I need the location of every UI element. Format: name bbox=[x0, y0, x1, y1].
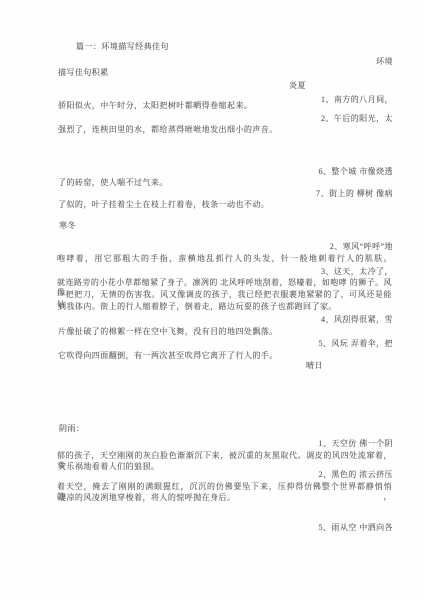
text-line: 6、整个城 市像烧透 bbox=[319, 167, 394, 177]
text-line: 到我体内。街上的行人缩着脖子，倒着走，路边玩耍的孩子也都跑回了家。 bbox=[58, 302, 337, 312]
corner-label: 环境 bbox=[376, 57, 393, 67]
text-line: 灾乐祸地看着人们的狼狈。 bbox=[58, 462, 159, 472]
text-line: 1、南方的八月间， bbox=[321, 95, 393, 105]
text-line: 2、午后的阳光，太 bbox=[321, 114, 393, 124]
section-label-rain: 阴雨： bbox=[59, 424, 84, 434]
text-line: 2、寒风“呼呼”地 bbox=[330, 242, 393, 252]
text-line: 1、天空仿 佛一个阴 bbox=[319, 439, 394, 449]
doc-subtitle: 描写佳句积累 bbox=[58, 68, 109, 78]
text-line: 凄凉的风凌冽地穿梭着，将人的惊呼抛在身后。 bbox=[58, 493, 235, 503]
text-line: 5、雨从空 中洒向各 bbox=[319, 523, 394, 533]
doc-title: 篇一：环境描写经典佳句 bbox=[76, 42, 169, 52]
section-label-sunny: 晴日 bbox=[306, 361, 323, 371]
section-label-summer: 炎夏 bbox=[289, 81, 306, 91]
text-line: 2、黑色的 浓云挤压 bbox=[319, 470, 394, 480]
text-line: 骄阳似火，中午时分，太阳把树叶都晒得卷缩起来。 bbox=[58, 101, 252, 111]
text-line: 它吹得向四面翻倒，有一两次甚至吹得它离开了行人的手。 bbox=[58, 351, 278, 361]
text-line: 5、风玩 弄着伞，把 bbox=[319, 339, 394, 349]
document-page: 篇一：环境描写经典佳句 环境 描写佳句积累 炎夏 1、南方的八月间， 骄阳似火，… bbox=[0, 0, 424, 600]
section-label-winter: 寒冬 bbox=[59, 221, 76, 231]
text-line: 了的砖窑，使人喘不过气来。 bbox=[58, 178, 168, 188]
text-line: 咆哮着，用它那粗大的手指，蛮横地乱抓行人的头发，针一般地刺着行人的肌肤。 bbox=[57, 254, 392, 264]
text-line: 片像扯破了的棉絮一样在空中飞舞，没有目的地四处飘落。 bbox=[58, 327, 278, 337]
text-line: 了似的，叶子挂着尘土在枝上打着卷，枝条一动也不动。 bbox=[58, 200, 269, 210]
text-line: 强烈了，连秧田里的水，都给蒸得咝咝地发出细小的声音。 bbox=[58, 125, 278, 135]
text-line: 4、风刮得很紧，雪 bbox=[321, 315, 393, 325]
text-line: 7、街上的 柳树 像病 bbox=[316, 189, 393, 199]
text-line: 3、这天，太冷了， bbox=[321, 267, 393, 277]
